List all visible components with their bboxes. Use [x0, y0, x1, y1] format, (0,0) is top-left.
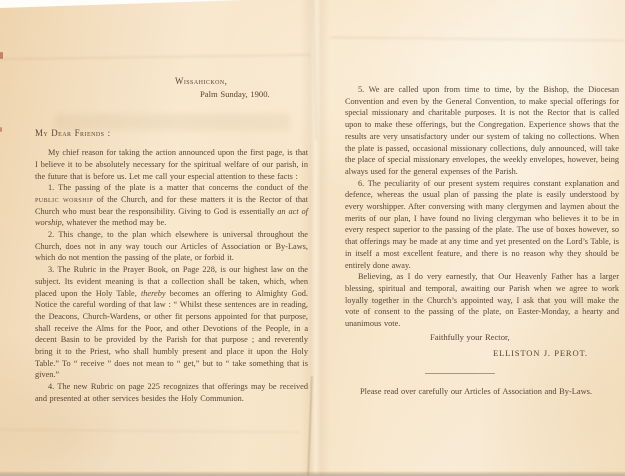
paragraph: 3. The Rubric in the Prayer Book, on Pag… — [35, 264, 308, 381]
dateline-date: Palm Sunday, 1900. — [200, 89, 308, 101]
closing-line: Faithfully your Rector, — [430, 332, 619, 344]
red-speck — [0, 52, 3, 59]
paragraph: 4. The new Rubric on page 225 recognizes… — [35, 381, 308, 404]
text-segment: 4. The new Rubric on page 225 recognizes… — [35, 382, 308, 403]
text-segment: Believing, as I do very earnestly, that … — [345, 272, 619, 328]
scanned-letter: Wissahickon, Palm Sunday, 1900. My Dear … — [0, 0, 625, 476]
paragraph: 6. The peculiarity of our present system… — [345, 178, 619, 272]
divider-rule — [425, 373, 495, 374]
text-segment: 2. This change, to the plan which elsewh… — [35, 230, 308, 262]
text-segment: 1. The passing of the plate is a matter … — [48, 183, 308, 192]
dateline-place: Wissahickon, — [175, 76, 308, 88]
paragraph: 1. The passing of the plate is a matter … — [35, 182, 308, 229]
paragraph: Believing, as I do very earnestly, that … — [345, 271, 619, 330]
left-page: Wissahickon, Palm Sunday, 1900. My Dear … — [35, 76, 308, 405]
paragraph: 2. This change, to the plan which elsewh… — [35, 229, 308, 264]
text-segment: becomes an offering to Almighty God. Not… — [35, 289, 308, 380]
text-segment: , whatever the method may be. — [62, 218, 167, 227]
red-speck — [0, 127, 2, 132]
paragraph: My chief reason for taking the action an… — [35, 147, 308, 182]
paragraph: 5. We are called upon from time to time,… — [345, 84, 619, 178]
text-segment: My chief reason for taking the action an… — [35, 148, 308, 180]
text-segment: 5. We are called upon from time to time,… — [345, 85, 619, 176]
right-page-paragraphs: 5. We are called upon from time to time,… — [345, 84, 619, 330]
salutation: My Dear Friends : — [35, 128, 308, 140]
text-segment: public worship — [35, 195, 93, 204]
footnote: Please read over carefully our Articles … — [345, 386, 619, 398]
right-page: 5. We are called upon from time to time,… — [345, 84, 619, 398]
scan-corner-highlight — [0, 0, 245, 8]
text-segment: thereby — [141, 289, 166, 298]
scan-bottom-shadow — [0, 471, 625, 476]
left-page-paragraphs: My chief reason for taking the action an… — [35, 147, 308, 404]
text-segment: 6. The peculiarity of our present system… — [345, 179, 619, 270]
signature: ELLISTON J. PEROT. — [493, 348, 619, 360]
